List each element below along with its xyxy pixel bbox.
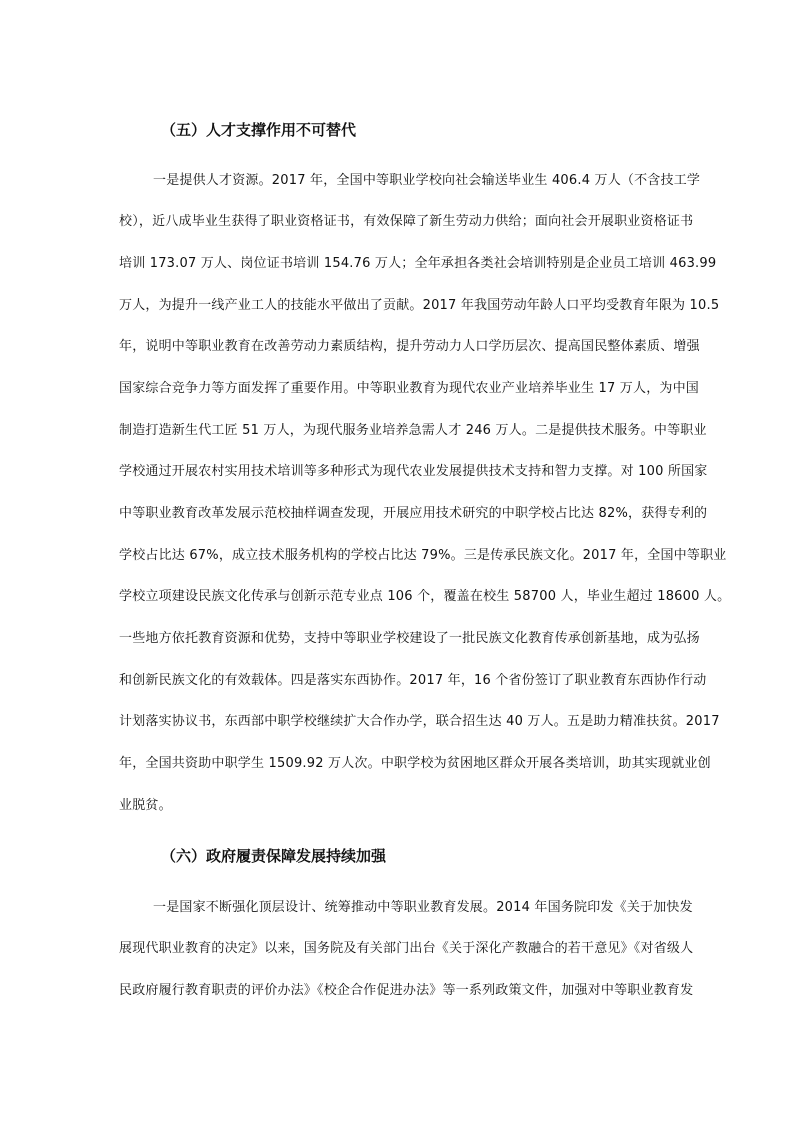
section-heading-5: （五）人才支撑作用不可替代 bbox=[161, 119, 356, 140]
paragraph-line: 计划落实协议书，东西部中职学校继续扩大合作办学，联合招生达 40 万人。五是助力… bbox=[119, 710, 674, 729]
paragraph-line: 展现代职业教育的决定》以来，国务院及有关部门出台《关于深化产教融合的若干意见》《… bbox=[119, 937, 674, 956]
paragraph-line: 制造打造新生代工匠 51 万人，为现代服务业培养急需人才 246 万人。二是提供… bbox=[119, 419, 674, 438]
paragraph-line: 民政府履行教育职责的评价办法》《校企合作促进办法》等一系列政策文件，加强对中等职… bbox=[119, 979, 674, 998]
paragraph-line: 学校通过开展农村实用技术培训等多种形式为现代农业发展提供技术支持和智力支撑。对 … bbox=[119, 460, 674, 479]
paragraph-line: 一是国家不断强化顶层设计、统筹推动中等职业教育发展。2014 年国务院印发《关于… bbox=[153, 896, 674, 915]
paragraph-line: 国家综合竞争力等方面发挥了重要作用。中等职业教育为现代农业产业培养毕业生 17 … bbox=[119, 377, 674, 396]
paragraph-line: 业脱贫。 bbox=[119, 794, 674, 813]
paragraph-line: 年，全国共资助中职学生 1509.92 万人次。中职学校为贫困地区群众开展各类培… bbox=[119, 752, 674, 771]
paragraph-line: 万人，为提升一线产业工人的技能水平做出了贡献。2017 年我国劳动年龄人口平均受… bbox=[119, 294, 674, 313]
paragraph-line: 学校占比达 67%，成立技术服务机构的学校占比达 79%。三是传承民族文化。20… bbox=[119, 544, 674, 563]
paragraph-line: 校），近八成毕业生获得了职业资格证书，有效保障了新生劳动力供给；面向社会开展职业… bbox=[119, 210, 674, 229]
paragraph-line: 培训 173.07 万人、岗位证书培训 154.76 万人；全年承担各类社会培训… bbox=[119, 252, 674, 271]
paragraph-line: 学校立项建设民族文化传承与创新示范专业点 106 个，覆盖在校生 58700 人… bbox=[119, 585, 674, 604]
paragraph-line: 一些地方依托教育资源和优势，支持中等职业学校建设了一批民族文化教育传承创新基地，… bbox=[119, 627, 674, 646]
paragraph-line: 和创新民族文化的有效载体。四是落实东西协作。2017 年，16 个省份签订了职业… bbox=[119, 669, 674, 688]
paragraph-line: 年，说明中等职业教育在改善劳动力素质结构，提升劳动力人口学历层次、提高国民整体素… bbox=[119, 335, 674, 354]
paragraph-line: 一是提供人才资源。2017 年，全国中等职业学校向社会输送毕业生 406.4 万… bbox=[153, 169, 674, 188]
section-heading-6: （六）政府履责保障发展持续加强 bbox=[161, 845, 386, 866]
paragraph-line: 中等职业教育改革发展示范校抽样调查发现，开展应用技术研究的中职学校占比达 82%… bbox=[119, 502, 674, 521]
